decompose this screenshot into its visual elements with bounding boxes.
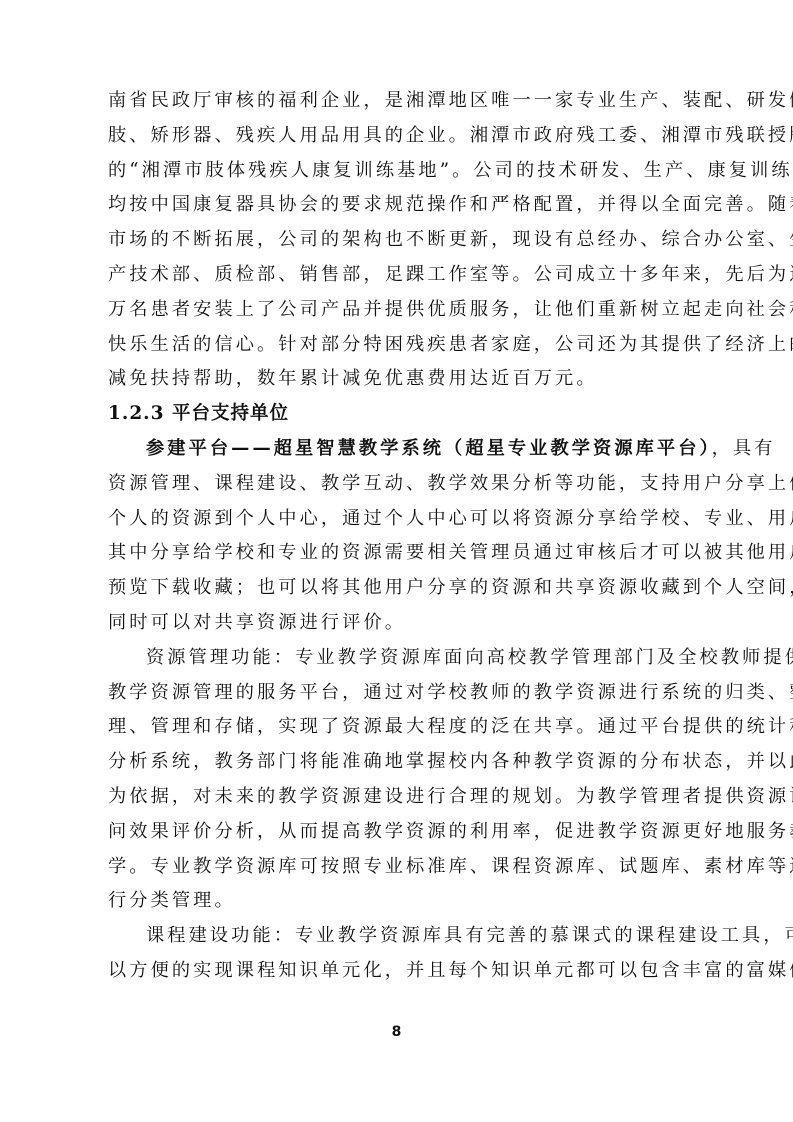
text-line: 资源管理、课程建设、教学互动、教学效果分析等功能，支持用户分享上传 (108, 467, 708, 502)
text-line: 学。专业教学资源库可按照专业标准库、课程资源库、试题库、素材库等进 (108, 850, 708, 885)
text-line: 理、管理和存储，实现了资源最大程度的泛在共享。通过平台提供的统计和 (108, 710, 708, 745)
paragraph-company-intro: 南省民政厅审核的福利企业，是湘潭地区唯一一家专业生产、装配、研发假 肢、矫形器、… (108, 84, 708, 397)
text-line: 其中分享给学校和专业的资源需要相关管理员通过审核后才可以被其他用户 (108, 536, 708, 571)
text-line: 市场的不断拓展，公司的架构也不断更新，现设有总经办、综合办公室、生 (108, 223, 708, 258)
text-line: 快乐生活的信心。针对部分特困残疾患者家庭，公司还为其提供了经济上的 (108, 328, 708, 363)
text-line: 万名患者安装上了公司产品并提供优质服务，让他们重新树立起走向社会和 (108, 293, 708, 328)
document-page: 南省民政厅审核的福利企业，是湘潭地区唯一一家专业生产、装配、研发假 肢、矫形器、… (108, 84, 708, 989)
text-line: 肢、矫形器、残疾人用品用具的企业。湘潭市政府残工委、湘潭市残联授牌 (108, 119, 708, 154)
text-line: 均按中国康复器具协会的要求规范操作和严格配置，并得以全面完善。随着 (108, 188, 708, 223)
text-line: 预览下载收藏；也可以将其他用户分享的资源和共享资源收藏到个人空间， (108, 571, 708, 606)
section-heading: 1.2.3 平台支持单位 (108, 397, 708, 432)
text-line: 同时可以对共享资源进行评价。 (108, 606, 708, 641)
text-line: 以方便的实现课程知识单元化，并且每个知识单元都可以包含丰富的富媒体 (108, 954, 708, 989)
paragraph-course-building: 课程建设功能：专业教学资源库具有完善的慕课式的课程建设工具，可 以方便的实现课程… (108, 919, 708, 989)
text-line: 教学资源管理的服务平台，通过对学校教师的教学资源进行系统的归类、整 (108, 676, 708, 711)
paragraph-platform: 参建平台——超星智慧教学系统（超星专业教学资源库平台），具有 资源管理、课程建设… (108, 432, 708, 641)
text-line: 课程建设功能：专业教学资源库具有完善的慕课式的课程建设工具，可 (108, 919, 708, 954)
text-line-lead: 参建平台——超星智慧教学系统（超星专业教学资源库平台），具有 (108, 432, 708, 467)
text-line: 为依据，对未来的教学资源建设进行合理的规划。为教学管理者提供资源访 (108, 780, 708, 815)
page-number: 8 (0, 1024, 793, 1040)
text-line: 问效果评价分析，从而提高教学资源的利用率，促进教学资源更好地服务教 (108, 815, 708, 850)
text-line: 产技术部、质检部、销售部，足踝工作室等。公司成立十多年来，先后为近 (108, 258, 708, 293)
paragraph-resource-management: 资源管理功能：专业教学资源库面向高校教学管理部门及全校教师提供 教学资源管理的服… (108, 641, 708, 919)
text-line: 个人的资源到个人中心，通过个人中心可以将资源分享给学校、专业、用户， (108, 502, 708, 537)
text-line: 南省民政厅审核的福利企业，是湘潭地区唯一一家专业生产、装配、研发假 (108, 84, 708, 119)
text-line: 行分类管理。 (108, 884, 708, 919)
text-line: 的“湘潭市肢体残疾人康复训练基地”。公司的技术研发、生产、康复训练 (108, 154, 708, 189)
lead-rest: ，具有 (712, 438, 776, 459)
text-line: 减免扶持帮助，数年累计减免优惠费用达近百万元。 (108, 362, 708, 397)
text-line: 分析系统，教务部门将能准确地掌握校内各种教学资源的分布状态，并以此 (108, 745, 708, 780)
platform-name-bold: 参建平台——超星智慧教学系统（超星专业教学资源库平台） (146, 438, 712, 459)
text-line: 资源管理功能：专业教学资源库面向高校教学管理部门及全校教师提供 (108, 641, 708, 676)
